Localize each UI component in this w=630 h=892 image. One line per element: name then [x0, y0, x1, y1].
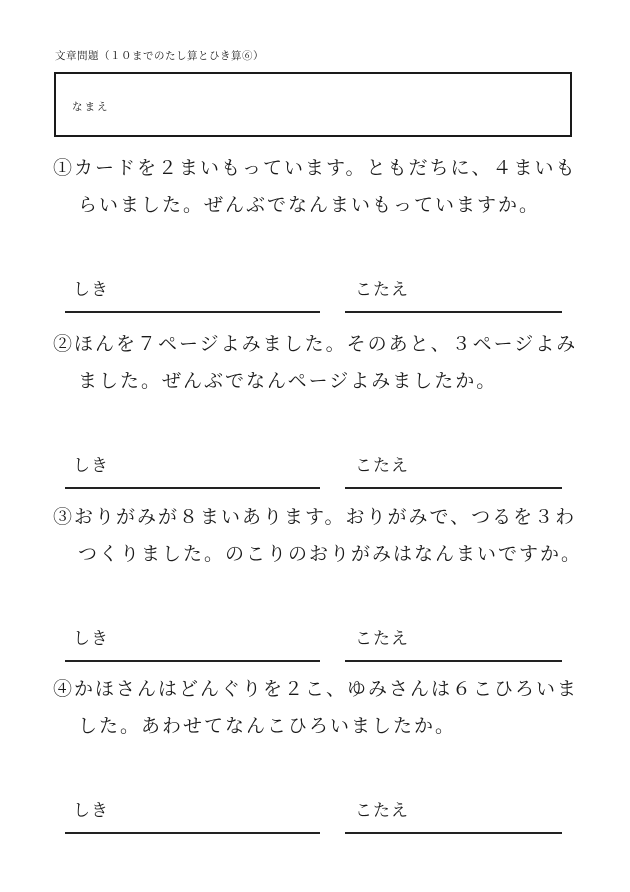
expression-label: しき: [73, 456, 109, 475]
problem-2-text-line2: ました。ぜんぶでなんページよみましたか。: [53, 370, 598, 393]
name-box[interactable]: なまえ: [54, 72, 572, 137]
problem-4-answer-row: しき こたえ: [53, 799, 598, 834]
expression-label: しき: [73, 280, 109, 299]
problem-1-expression-blank[interactable]: しき: [65, 278, 320, 313]
expression-label: しき: [73, 629, 109, 648]
problem-2-answer-blank[interactable]: こたえ: [345, 454, 562, 489]
problem-1: ①カードを２まいもっています。ともだちに、４まいも らいました。ぜんぶでなんまい…: [53, 157, 598, 313]
problem-4: ④かほさんはどんぐりを２こ、ゆみさんは６こひろいま した。あわせてなんこひろいま…: [53, 678, 598, 834]
problem-2: ②ほんを７ページよみました。そのあと、３ページよみ ました。ぜんぶでなんページよ…: [53, 333, 598, 489]
problem-3-text-line2: つくりました。のこりのおりがみはなんまいですか。: [53, 543, 598, 566]
worksheet-title: 文章問題（１０までのたし算とひき算⑥）: [55, 48, 264, 63]
answer-label: こたえ: [355, 456, 409, 475]
problem-4-answer-blank[interactable]: こたえ: [345, 799, 562, 834]
answer-label: こたえ: [355, 280, 409, 299]
problem-1-answer-blank[interactable]: こたえ: [345, 278, 562, 313]
problem-3-answer-row: しき こたえ: [53, 627, 598, 662]
name-label: なまえ: [72, 101, 110, 113]
problem-1-answer-row: しき こたえ: [53, 278, 598, 313]
problem-3-text-line1: ③おりがみが８まいあります。おりがみで、つるを３わ: [53, 506, 598, 529]
problem-1-text-line1: ①カードを２まいもっています。ともだちに、４まいも: [53, 157, 598, 180]
problem-2-expression-blank[interactable]: しき: [65, 454, 320, 489]
problem-3-expression-blank[interactable]: しき: [65, 627, 320, 662]
worksheet-page: 文章問題（１０までのたし算とひき算⑥） なまえ ①カードを２まいもっています。と…: [0, 0, 630, 892]
problem-2-answer-row: しき こたえ: [53, 454, 598, 489]
answer-label: こたえ: [355, 629, 409, 648]
problem-2-text-line1: ②ほんを７ページよみました。そのあと、３ページよみ: [53, 333, 598, 356]
problem-4-text-line1: ④かほさんはどんぐりを２こ、ゆみさんは６こひろいま: [53, 678, 598, 701]
expression-label: しき: [73, 801, 109, 820]
answer-label: こたえ: [355, 801, 409, 820]
problem-3-answer-blank[interactable]: こたえ: [345, 627, 562, 662]
problem-4-text-line2: した。あわせてなんこひろいましたか。: [53, 715, 598, 738]
problem-4-expression-blank[interactable]: しき: [65, 799, 320, 834]
problem-3: ③おりがみが８まいあります。おりがみで、つるを３わ つくりました。のこりのおりが…: [53, 506, 598, 662]
problem-1-text-line2: らいました。ぜんぶでなんまいもっていますか。: [53, 194, 598, 217]
